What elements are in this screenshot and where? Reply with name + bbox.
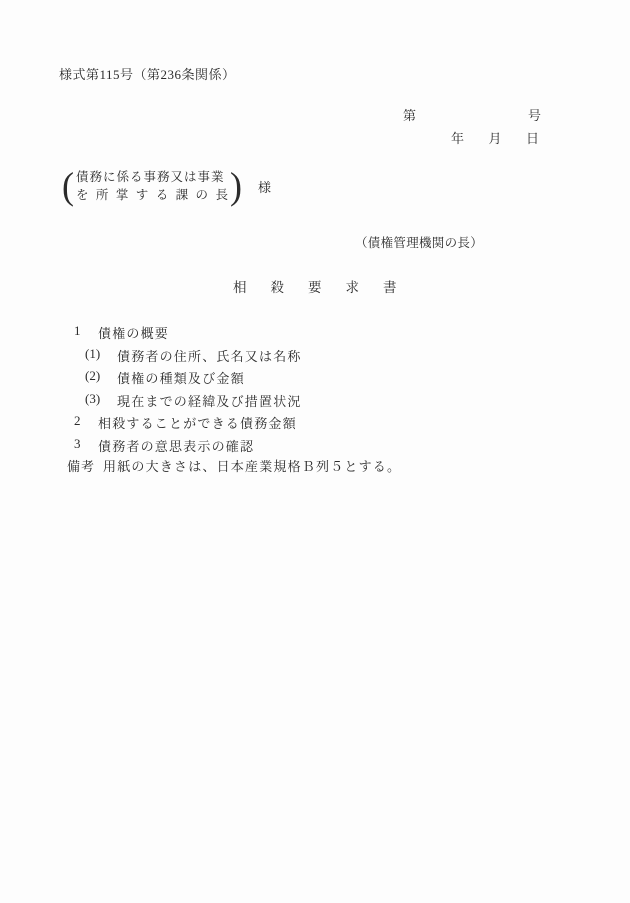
list-item: (2) 債権の種類及び金額 — [85, 368, 245, 387]
item-marker: 3 — [74, 436, 98, 455]
remark-text: 用紙の大きさは、日本産業規格Ｂ列５とする。 — [103, 456, 401, 475]
remark-label: 備考 — [67, 456, 103, 475]
item-text: 債権の種類及び金額 — [117, 368, 245, 387]
sender-title: （債権管理機関の長） — [355, 233, 483, 251]
addressee-lines: 債務に係る事務又は事業 を所掌する課の長 — [76, 168, 228, 204]
date-day-label: 日 — [526, 128, 539, 147]
item-marker: 2 — [74, 413, 98, 432]
item-marker: (1) — [85, 346, 117, 365]
form-number: 様式第115号（第236条関係） — [59, 64, 236, 83]
list-item: (1) 債務者の住所、氏名又は名称 — [85, 346, 302, 365]
left-bracket: ( — [62, 166, 74, 206]
date-year-label: 年 — [451, 128, 464, 147]
list-item: 1 債権の概要 — [74, 323, 169, 342]
item-marker: (3) — [85, 391, 117, 410]
item-text: 現在までの経緯及び措置状況 — [117, 391, 302, 410]
item-text: 相殺することができる債務金額 — [98, 413, 297, 432]
addressee-line1: 債務に係る事務又は事業 — [76, 168, 228, 186]
remark-row: 備考 用紙の大きさは、日本産業規格Ｂ列５とする。 — [67, 456, 401, 475]
date-line: 年 月 日 — [451, 128, 539, 147]
list-item: 3 債務者の意思表示の確認 — [74, 436, 254, 455]
document-page: 様式第115号（第236条関係） 第 号 年 月 日 ( 債務に係る事務又は事業… — [0, 0, 630, 903]
document-number-line: 第 号 — [403, 105, 541, 124]
list-item: 2 相殺することができる債務金額 — [74, 413, 297, 432]
doc-number-suffix: 号 — [528, 105, 541, 124]
item-marker: 1 — [74, 323, 98, 342]
addressee-line2: を所掌する課の長 — [76, 186, 228, 204]
item-text: 債権の概要 — [98, 323, 169, 342]
addressee-block: ( 債務に係る事務又は事業 を所掌する課の長 ) 様 — [62, 167, 271, 205]
document-title: 相殺要求書 — [233, 276, 421, 296]
date-month-label: 月 — [488, 128, 501, 147]
right-bracket: ) — [230, 166, 242, 206]
item-text: 債務者の意思表示の確認 — [98, 436, 254, 455]
list-item: (3) 現在までの経緯及び措置状況 — [85, 391, 302, 410]
doc-number-prefix: 第 — [403, 105, 416, 124]
honorific-label: 様 — [258, 177, 271, 196]
item-text: 債務者の住所、氏名又は名称 — [117, 346, 302, 365]
item-marker: (2) — [85, 368, 117, 387]
